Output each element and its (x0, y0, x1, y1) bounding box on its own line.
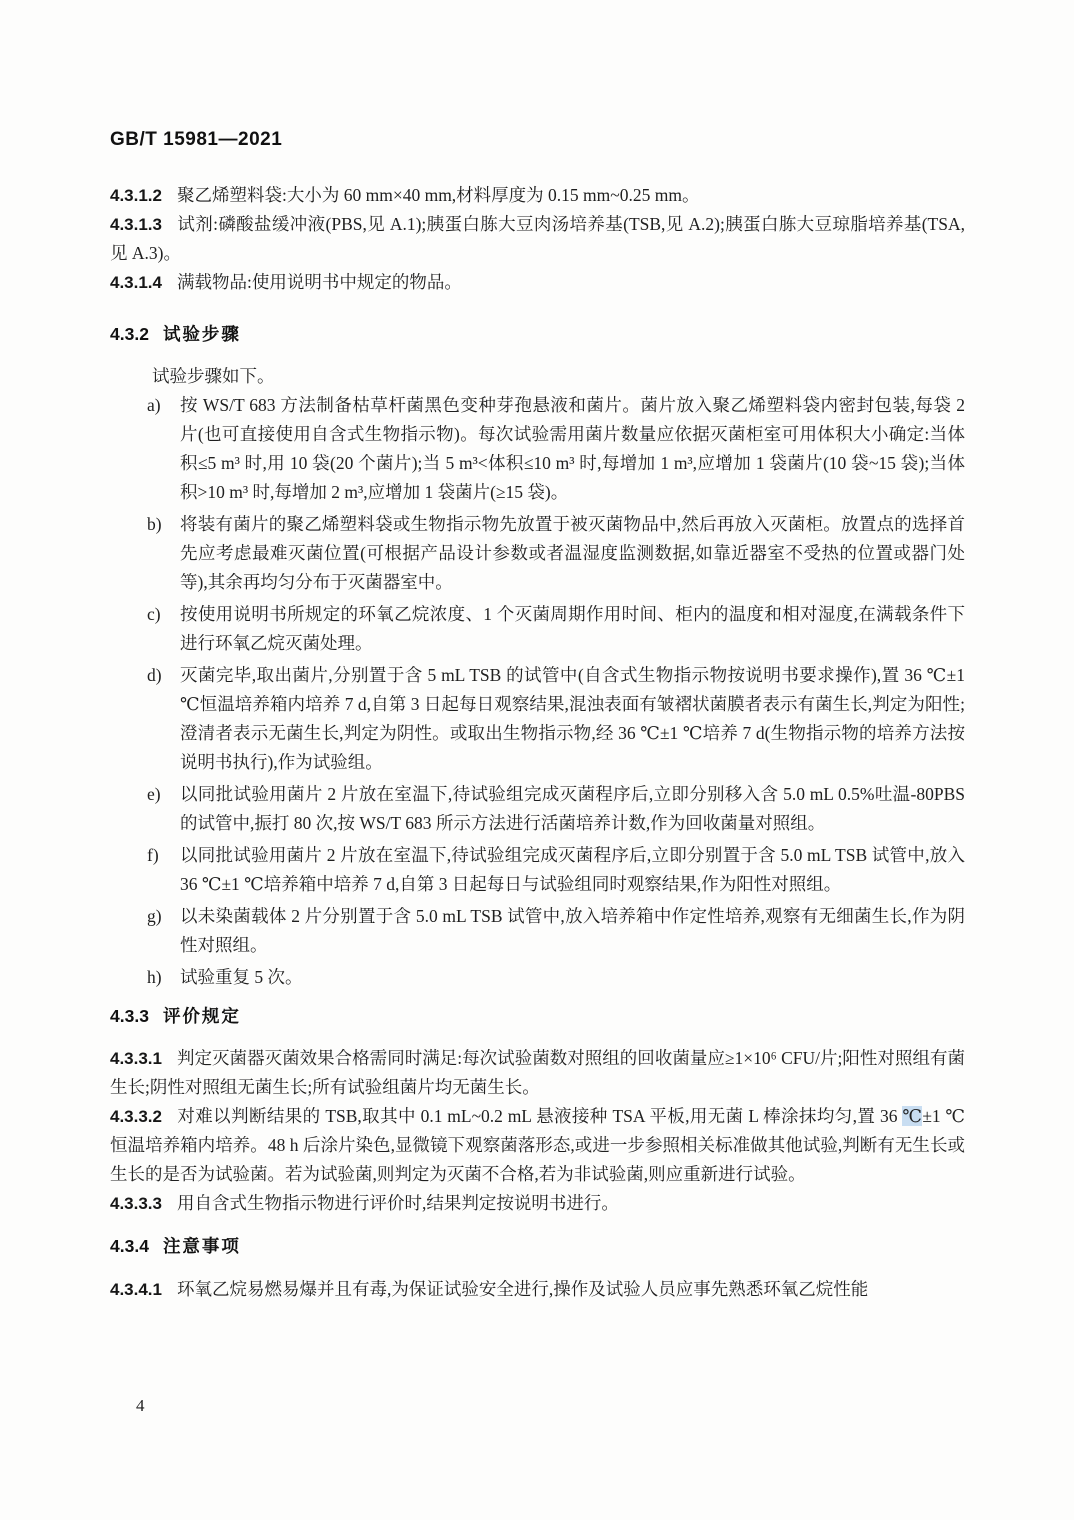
section-number: 4.3.3 (110, 1006, 163, 1026)
list-item-text: 以未染菌载体 2 片分别置于含 5.0 mL TSB 试管中,放入培养箱中作定性… (180, 902, 965, 960)
page-number: 4 (136, 1396, 145, 1416)
list-item-c: c)按使用说明书所规定的环氧乙烷浓度、1 个灭菌周期作用时间、柜内的温度和相对湿… (147, 600, 965, 658)
document-page: GB/T 15981—2021 4.3.1.2聚乙烯塑料袋:大小为 60 mm×… (0, 0, 1074, 1520)
clause-4-3-3-2: 4.3.3.2对难以判断结果的 TSB,取其中 0.1 mL~0.2 mL 悬液… (110, 1102, 965, 1189)
clause-number: 4.3.4.1 (110, 1280, 177, 1299)
section-heading-4-3-3: 4.3.3评价规定 (110, 1002, 965, 1031)
section-number: 4.3.2 (110, 324, 163, 344)
clause-text-before-highlight: 对难以判断结果的 TSB,取其中 0.1 mL~0.2 mL 悬液接种 TSA … (177, 1106, 902, 1126)
text-selection-highlight: ℃ (902, 1106, 922, 1126)
list-item-e: e)以同批试验用菌片 2 片放在室温下,待试验组完成灭菌程序后,立即分别移入含 … (147, 780, 965, 838)
clause-4-3-3-1: 4.3.3.1判定灭菌器灭菌效果合格需同时满足:每次试验菌数对照组的回收菌量应≥… (110, 1044, 965, 1102)
list-item-f: f)以同批试验用菌片 2 片放在室温下,待试验组完成灭菌程序后,立即分别置于含 … (147, 841, 965, 899)
list-item-label: g) (147, 902, 180, 960)
clause-text: 试剂:磷酸盐缓冲液(PBS,见 A.1);胰蛋白胨大豆肉汤培养基(TSB,见 A… (110, 214, 965, 263)
list-item-h: h)试验重复 5 次。 (147, 963, 965, 992)
clause-number: 4.3.1.2 (110, 186, 177, 205)
list-item-text: 按使用说明书所规定的环氧乙烷浓度、1 个灭菌周期作用时间、柜内的温度和相对湿度,… (180, 600, 965, 658)
clause-text: 聚乙烯塑料袋:大小为 60 mm×40 mm,材料厚度为 0.15 mm~0.2… (177, 185, 699, 205)
list-item-label: d) (147, 661, 180, 777)
clause-text: 对难以判断结果的 TSB,取其中 0.1 mL~0.2 mL 悬液接种 TSA … (110, 1106, 965, 1184)
clause-4-3-1-4: 4.3.1.4满载物品:使用说明书中规定的物品。 (110, 268, 965, 297)
standard-number-header: GB/T 15981—2021 (110, 0, 965, 152)
list-item-text: 按 WS/T 683 方法制备枯草杆菌黑色变种芽孢悬液和菌片。菌片放入聚乙烯塑料… (180, 391, 965, 507)
clause-4-3-4-1: 4.3.4.1环氧乙烷易燃易爆并且有毒,为保证试验安全进行,操作及试验人员应事先… (110, 1275, 965, 1304)
clause-text: 判定灭菌器灭菌效果合格需同时满足:每次试验菌数对照组的回收菌量应≥1×10⁶ C… (110, 1048, 965, 1097)
list-item-text: 将装有菌片的聚乙烯塑料袋或生物指示物先放置于被灭菌物品中,然后再放入灭菌柜。放置… (180, 510, 965, 597)
list-item-label: a) (147, 391, 180, 507)
list-item-text: 以同批试验用菌片 2 片放在室温下,待试验组完成灭菌程序后,立即分别移入含 5.… (180, 780, 965, 838)
section-title: 评价规定 (163, 1006, 241, 1026)
clause-4-3-1-3: 4.3.1.3试剂:磷酸盐缓冲液(PBS,见 A.1);胰蛋白胨大豆肉汤培养基(… (110, 210, 965, 268)
clause-number: 4.3.3.2 (110, 1107, 177, 1126)
list-item-label: b) (147, 510, 180, 597)
clause-text: 满载物品:使用说明书中规定的物品。 (177, 272, 462, 292)
clause-number: 4.3.3.1 (110, 1049, 177, 1068)
section-title: 注意事项 (163, 1236, 241, 1256)
list-item-a: a)按 WS/T 683 方法制备枯草杆菌黑色变种芽孢悬液和菌片。菌片放入聚乙烯… (147, 391, 965, 507)
intro-paragraph: 试验步骤如下。 (110, 362, 965, 391)
list-item-label: f) (147, 841, 180, 899)
list-item-b: b)将装有菌片的聚乙烯塑料袋或生物指示物先放置于被灭菌物品中,然后再放入灭菌柜。… (147, 510, 965, 597)
clause-number: 4.3.3.3 (110, 1194, 177, 1213)
list-item-text: 以同批试验用菌片 2 片放在室温下,待试验组完成灭菌程序后,立即分别置于含 5.… (180, 841, 965, 899)
list-item-label: h) (147, 963, 180, 992)
clause-4-3-1-2: 4.3.1.2聚乙烯塑料袋:大小为 60 mm×40 mm,材料厚度为 0.15… (110, 181, 965, 210)
clause-text: 环氧乙烷易燃易爆并且有毒,为保证试验安全进行,操作及试验人员应事先熟悉环氧乙烷性… (177, 1279, 868, 1299)
list-item-label: e) (147, 780, 180, 838)
list-item-g: g)以未染菌载体 2 片分别置于含 5.0 mL TSB 试管中,放入培养箱中作… (147, 902, 965, 960)
section-number: 4.3.4 (110, 1236, 163, 1256)
page-content: GB/T 15981—2021 4.3.1.2聚乙烯塑料袋:大小为 60 mm×… (110, 0, 965, 1304)
list-item-text: 试验重复 5 次。 (180, 963, 965, 992)
section-heading-4-3-4: 4.3.4注意事项 (110, 1232, 965, 1261)
section-heading-4-3-2: 4.3.2试验步骤 (110, 320, 965, 349)
clause-4-3-3-3: 4.3.3.3用自含式生物指示物进行评价时,结果判定按说明书进行。 (110, 1189, 965, 1218)
test-steps-list: a)按 WS/T 683 方法制备枯草杆菌黑色变种芽孢悬液和菌片。菌片放入聚乙烯… (110, 391, 965, 992)
list-item-label: c) (147, 600, 180, 658)
list-item-d: d)灭菌完毕,取出菌片,分别置于含 5 mL TSB 的试管中(自含式生物指示物… (147, 661, 965, 777)
section-title: 试验步骤 (163, 324, 241, 344)
clause-text: 用自含式生物指示物进行评价时,结果判定按说明书进行。 (177, 1193, 619, 1213)
clause-number: 4.3.1.3 (110, 215, 177, 234)
clause-number: 4.3.1.4 (110, 273, 177, 292)
list-item-text: 灭菌完毕,取出菌片,分别置于含 5 mL TSB 的试管中(自含式生物指示物按说… (180, 661, 965, 777)
